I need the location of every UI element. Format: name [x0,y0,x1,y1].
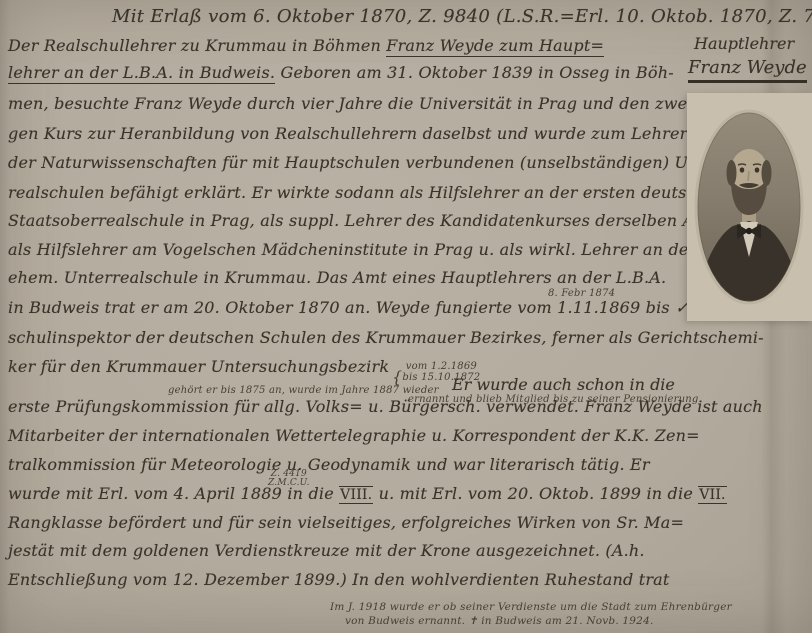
line17-pre: wurde mit Erl. vom 4. April 1889 [8,484,282,503]
text-line-6: der Naturwissenschaften für mit Hauptsch… [8,153,729,172]
text-line-12: schulinspektor der deutschen Schulen des… [8,328,764,347]
line11-pre: in Budweis trat er am 20. Oktober 1870 a… [8,298,675,317]
text-line-19: jestät mit dem goldenen Verdienstkreuze … [8,541,645,560]
text-line-4: men, besuchte Franz Weyde durch vier Jah… [8,94,737,113]
line3-rest: Geboren am 31. Oktober 1839 in Osseg in … [275,63,674,82]
final-addendum-2: von Budweis ernannt. ✝ in Budweis am 21.… [345,615,653,627]
text-line-17: wurde mit Erl. vom 4. April 1889 in die … [8,484,727,503]
text-line-13-continuation: Er wurde auch schon in die [452,375,675,394]
rank-class-viii: VIII. [339,486,373,504]
line17-mid2: u. mit Erl. vom 20. Oktob. 1899 in die [373,484,698,503]
final-addendum-1: Im J. 1918 wurde er ob seiner Verdienste… [330,601,732,613]
text-line-decree: Mit Erlaß vom 6. Oktober 1870, Z. 9840 (… [112,6,812,27]
text-line-14: erste Prüfungskommission für allg. Volks… [8,397,763,416]
text-line-15: Mitarbeiter der internationalen Wetterte… [8,426,700,445]
margin-note-name: Franz Weyde [688,57,807,83]
portrait-photo [687,93,812,321]
interlinear-note-chemist-1: gehört er bis 1875 an, wurde im Jahre 18… [168,385,439,396]
text-line-8: Staatsoberrealschule in Prag, als suppl.… [8,211,747,230]
inspector-span-from: vom 1.2.1869 [402,362,480,373]
interlinear-note-inspector-date: 8. Febr 1874 [548,288,615,299]
text-line-18: Rangklasse befördert und für sein vielse… [8,513,684,532]
scanned-document-page: Mit Erlaß vom 6. Oktober 1870, Z. 9840 (… [0,0,812,633]
text-line-11: in Budweis trat er am 20. Oktober 1870 a… [8,298,798,317]
erl-office: Z.M.C.U. [268,479,310,488]
portrait-photo-illustration [687,93,812,321]
text-line-3: lehrer an der L.B.A. in Budweis. Geboren… [8,63,674,82]
line3-underlined: lehrer an der L.B.A. in Budweis. [8,63,275,84]
text-line-9: als Hilfslehrer am Vogelschen Mädchenins… [8,240,696,259]
text-line-13: ker für den Krummauer Untersuchungsbezir… [8,357,389,376]
brace-glyph: { [392,368,402,387]
line2-underlined: Franz Weyde zum Haupt= [386,36,604,57]
interlinear-note-erl: Z. 4419Z.M.C.U. [268,470,310,489]
text-line-10: ehem. Unterrealschule in Krummau. Das Am… [8,268,666,287]
text-line-2: Der Realschullehrer zu Krummau in Böhmen… [8,36,604,55]
text-line-16: tralkommission für Meteorologie u. Geody… [8,455,650,474]
text-line-20: Entschließung vom 12. Dezember 1899.) In… [8,570,670,589]
text-line-5: gen Kurs zur Heranbildung von Realschull… [8,124,687,143]
text-line-7: realschulen befähigt erklärt. Er wirkte … [8,183,726,202]
line2-pre: Der Realschullehrer zu Krummau in Böhmen [8,36,386,55]
margin-note-role: Hauptlehrer [694,34,794,53]
rank-class-vii: VII. [698,486,726,504]
